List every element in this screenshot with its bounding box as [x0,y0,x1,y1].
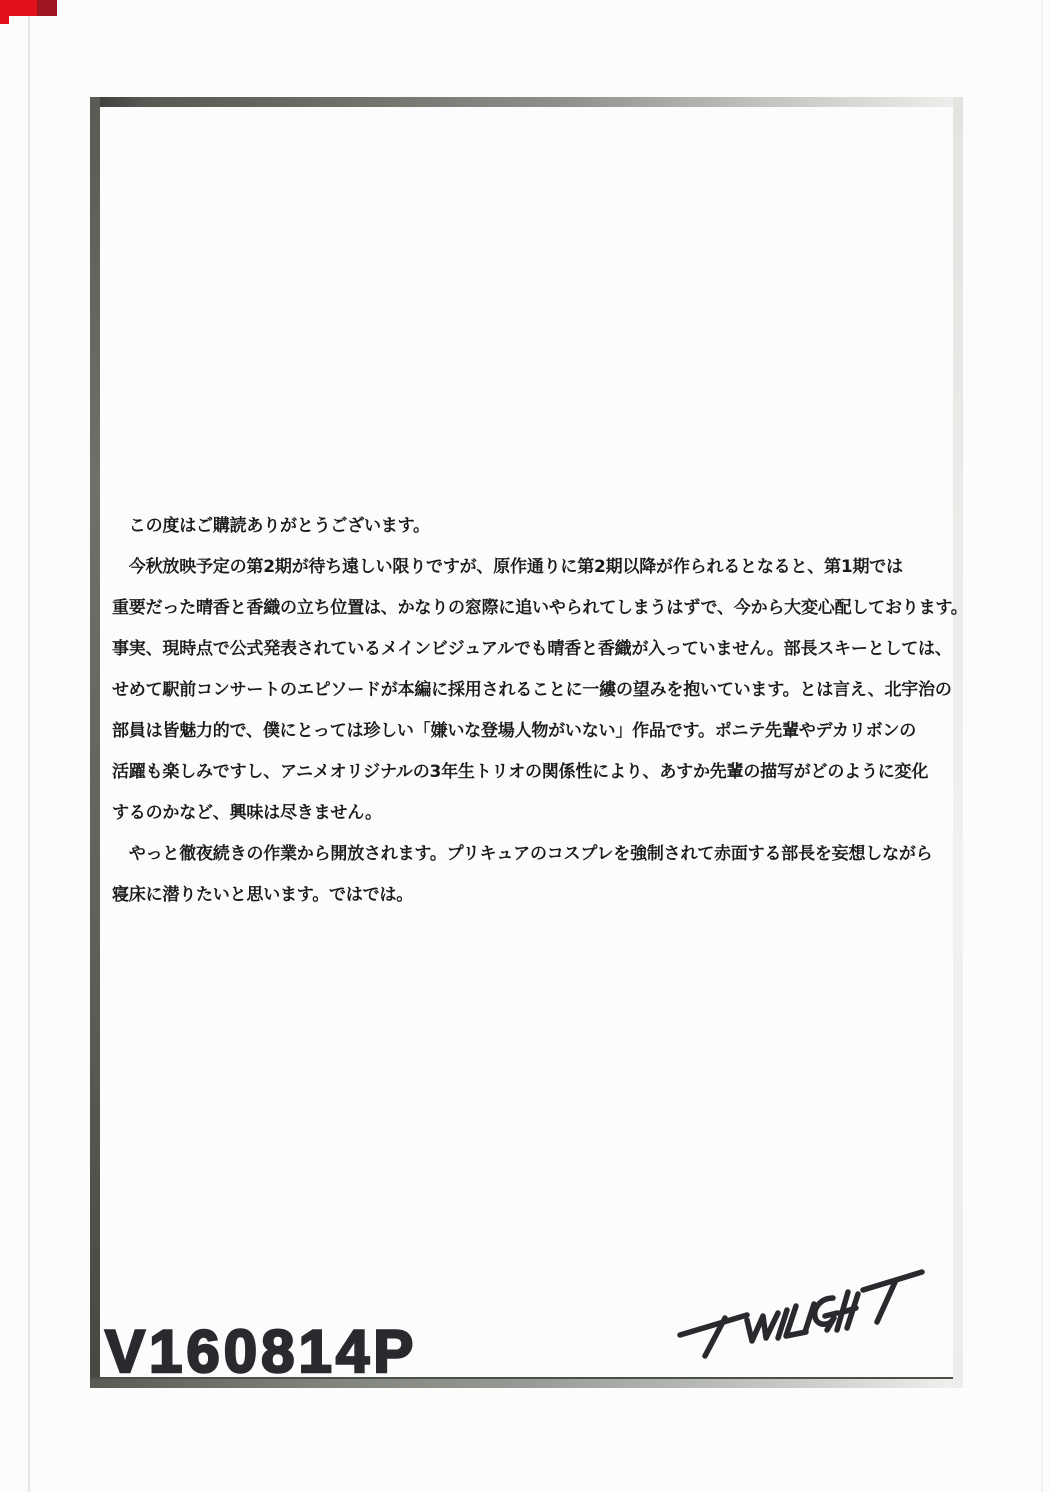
scanned-page: この度はご購読ありがとうございます。 今秋放映予定の第2期が待ち遠しい限りですが… [0,0,1050,1492]
afterword-line: 活躍も楽しみですし、アニメオリジナルの3年生トリオの関係性により、あすか先輩の描… [112,752,958,793]
afterword-line: やっと徹夜続きの作業から開放されます。プリキュアのコスプレを強制されて赤面する部… [112,834,958,875]
afterword-line: せめて駅前コンサートのエピソードが本編に採用されることに一縷の望みを抱いています… [112,670,958,711]
page-edge-line-left [28,0,30,1492]
signature-handwriting-icon [675,1258,930,1363]
frame-border-top [90,97,963,107]
afterword-line: 事実、現時点で公式発表されているメインビジュアルでも晴香と香織が入っていません。… [112,629,958,670]
red-corner-mark-shade [37,0,57,16]
signature: TWILIGHT [675,1258,930,1363]
product-code: V160814P [105,1322,417,1382]
frame-border-left [90,97,100,1388]
red-corner-mark-vertical [0,16,9,24]
afterword-line: するのかなど、興味は尽きません。 [112,793,958,834]
afterword-line: 重要だった晴香と香織の立ち位置は、かなりの窓際に追いやられてしまうはずで、今から… [112,588,958,629]
page-edge-line-right [1041,0,1043,1492]
afterword-line: 寝床に潜りたいと思います。ではでは。 [112,875,958,916]
afterword-text-block: この度はご購読ありがとうございます。 今秋放映予定の第2期が待ち遠しい限りですが… [112,506,958,916]
afterword-line: 今秋放映予定の第2期が待ち遠しい限りですが、原作通りに第2期以降が作られるとなる… [112,547,958,588]
afterword-line: 部員は皆魅力的で、僕にとっては珍しい「嫌いな登場人物がいない」作品です。ポニテ先… [112,711,958,752]
afterword-line: この度はご購読ありがとうございます。 [112,506,958,547]
